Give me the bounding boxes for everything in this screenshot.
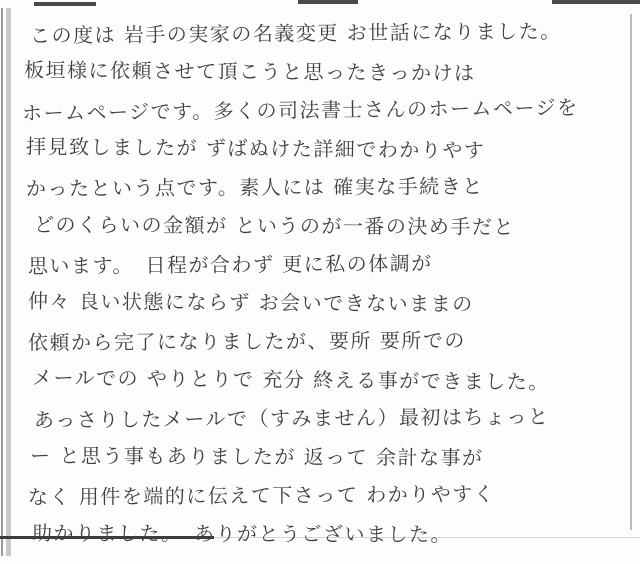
scan-edge-left-line (1, 8, 6, 556)
handwritten-line: なく 用件を端的に伝えて下さって わかりやすく (28, 474, 622, 517)
scan-edge-top-segment (34, 2, 96, 6)
handwritten-line: 仲々 良い状態にならず お会いできないままの (28, 281, 622, 324)
handwritten-line: かったという点です。素人には 確実な手続きと (26, 166, 622, 208)
handwritten-line: ー と思う事もありましたが 返って 余計な事が (30, 436, 622, 478)
handwritten-line: 依頼から完了になりましたが、要所 要所での (28, 320, 622, 362)
handwritten-line: ホームページです。多くの司法書士さんのホームページを (22, 88, 622, 133)
handwritten-line: メールでの やりとりで 充分 終える事ができました。 (32, 358, 622, 402)
scan-edge-top-segment (298, 0, 358, 4)
handwritten-line: あっさりしたメールで（すみません）最初はちょっと (34, 397, 622, 440)
handwritten-text-block: この度は 岩手の実家の名義変更 お世話になりました。 板垣様に依頼させて頂こうと… (22, 14, 622, 553)
scanned-handwritten-note: この度は 岩手の実家の名義変更 お世話になりました。 板垣様に依頼させて頂こうと… (0, 0, 640, 564)
handwritten-line: この度は 岩手の実家の名義変更 お世話になりました。 (30, 11, 622, 55)
handwritten-line: 思います。 日程が合わず 更に私の体調が (28, 243, 622, 286)
handwritten-line: 拝見致しましたが ずばぬけた詳細でわかりやす (26, 127, 622, 171)
handwritten-line: 助かりました。 ありがとうございました。 (32, 513, 622, 554)
scan-edge-top-segment (552, 0, 640, 4)
handwritten-line: どのくらいの金額が というのが一番の決め手だと (34, 205, 622, 247)
handwritten-line: 板垣様に依頼させて頂こうと思ったきっかけは (24, 50, 622, 93)
scan-edge-right-line (630, 14, 632, 530)
